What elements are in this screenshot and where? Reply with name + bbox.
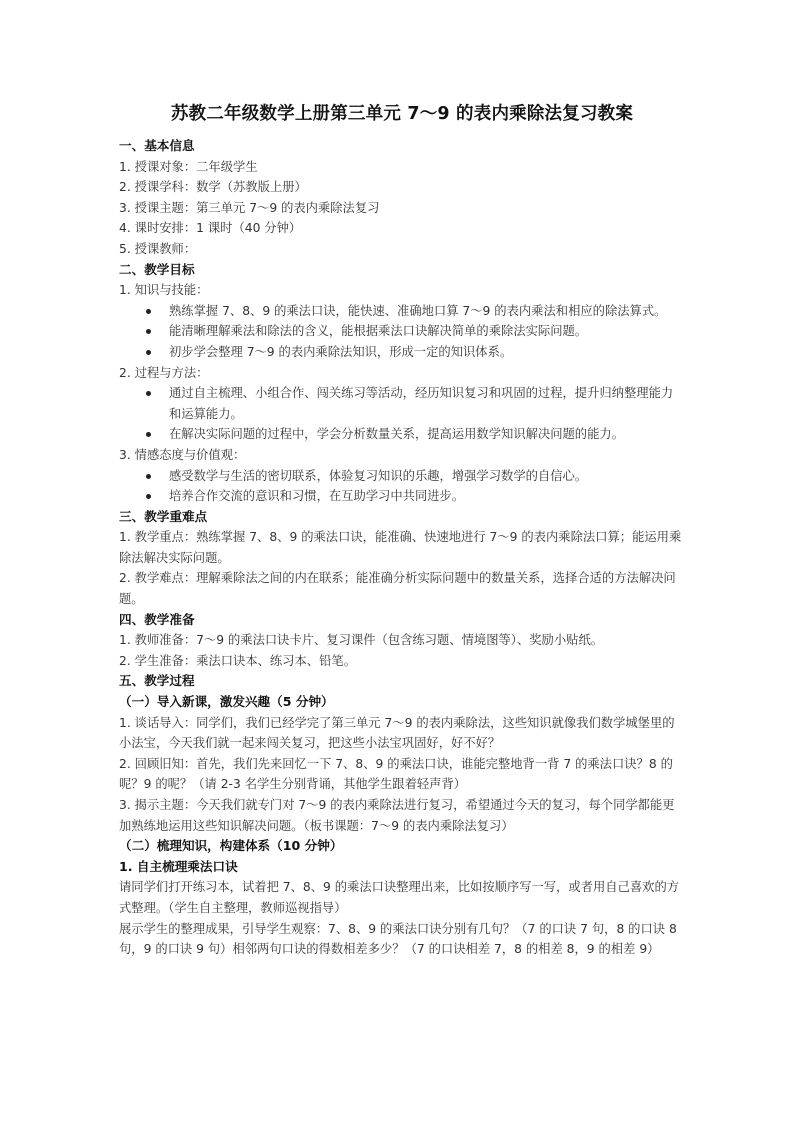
- objective-group-label: 3. 情感态度与价值观：: [119, 445, 685, 466]
- document-page: 苏教二年级数学上册第三单元 7～9 的表内乘除法复习教案 一、基本信息 1. 授…: [119, 100, 685, 960]
- bullet-icon: [146, 329, 151, 334]
- bullet-item: 初步学会整理 7～9 的表内乘除法知识，形成一定的知识体系。: [119, 342, 685, 363]
- bullet-icon: [146, 350, 151, 355]
- bullet-list: 通过自主梳理、小组合作、闯关练习等活动，经历知识复习和巩固的过程，提升归纳整理能…: [119, 383, 685, 445]
- bullet-item: 通过自主梳理、小组合作、闯关练习等活动，经历知识复习和巩固的过程，提升归纳整理能…: [119, 383, 685, 424]
- bullet-item: 能清晰理解乘法和除法的含义，能根据乘法口诀解决简单的乘除法实际问题。: [119, 321, 685, 342]
- bullet-icon: [146, 432, 151, 437]
- basic-info-item: 4. 课时安排：1 课时（40 分钟）: [119, 218, 685, 239]
- objective-group-label: 2. 过程与方法：: [119, 363, 685, 384]
- objective-group-label: 1. 知识与技能：: [119, 280, 685, 301]
- process-item: 1. 谈话导入：同学们，我们已经学完了第三单元 7～9 的表内乘除法，这些知识就…: [119, 713, 685, 754]
- process-item: 2. 回顾旧知：首先，我们先来回忆一下 7、8、9 的乘法口诀，谁能完整地背一背…: [119, 754, 685, 795]
- bullet-list: 熟练掌握 7、8、9 的乘法口诀，能快速、准确地口算 7～9 的表内乘法和相应的…: [119, 301, 685, 363]
- section-heading-basic-info: 一、基本信息: [119, 136, 685, 157]
- bullet-icon: [146, 494, 151, 499]
- basic-info-item: 1. 授课对象：二年级学生: [119, 157, 685, 178]
- section-heading-key-points: 三、教学重难点: [119, 507, 685, 528]
- bullet-icon: [146, 391, 151, 396]
- process-item: 3. 揭示主题：今天我们就专门对 7～9 的表内乘除法进行复习，希望通过今天的复…: [119, 795, 685, 836]
- bullet-list: 感受数学与生活的密切联系，体验复习知识的乐趣，增强学习数学的自信心。 培养合作交…: [119, 466, 685, 507]
- preparation-item: 2. 学生准备：乘法口诀本、练习本、铅笔。: [119, 651, 685, 672]
- process-paragraph: 展示学生的整理成果，引导学生观察：7、8、9 的乘法口诀分别有几句？（7 的口诀…: [119, 919, 685, 960]
- bullet-item: 在解决实际问题的过程中，学会分析数量关系，提高运用数学知识解决问题的能力。: [119, 424, 685, 445]
- section-heading-process: 五、教学过程: [119, 671, 685, 692]
- basic-info-item: 3. 授课主题：第三单元 7～9 的表内乘除法复习: [119, 198, 685, 219]
- key-point-item: 2. 教学难点：理解乘除法之间的内在联系；能准确分析实际问题中的数量关系，选择合…: [119, 568, 685, 609]
- process-part-heading: （二）梳理知识，构建体系（10 分钟）: [119, 836, 685, 857]
- bullet-icon: [146, 474, 151, 479]
- process-part-heading: （一）导入新课，激发兴趣（5 分钟）: [119, 692, 685, 713]
- section-heading-objectives: 二、教学目标: [119, 260, 685, 281]
- bullet-item: 培养合作交流的意识和习惯，在互助学习中共同进步。: [119, 486, 685, 507]
- bullet-icon: [146, 309, 151, 314]
- process-paragraph: 请同学们打开练习本，试着把 7、8、9 的乘法口诀整理出来，比如按顺序写一写，或…: [119, 877, 685, 918]
- section-heading-preparation: 四、教学准备: [119, 610, 685, 631]
- key-point-item: 1. 教学重点：熟练掌握 7、8、9 的乘法口诀，能准确、快速地进行 7～9 的…: [119, 527, 685, 568]
- bullet-item: 感受数学与生活的密切联系，体验复习知识的乐趣，增强学习数学的自信心。: [119, 466, 685, 487]
- process-subheading: 1. 自主梳理乘法口诀: [119, 857, 685, 878]
- bullet-item: 熟练掌握 7、8、9 的乘法口诀，能快速、准确地口算 7～9 的表内乘法和相应的…: [119, 301, 685, 322]
- preparation-item: 1. 教师准备：7～9 的乘法口诀卡片、复习课件（包含练习题、情境图等）、奖励小…: [119, 630, 685, 651]
- basic-info-item: 5. 授课教师：: [119, 239, 685, 260]
- document-title: 苏教二年级数学上册第三单元 7～9 的表内乘除法复习教案: [119, 100, 685, 128]
- basic-info-item: 2. 授课学科：数学（苏教版上册）: [119, 177, 685, 198]
